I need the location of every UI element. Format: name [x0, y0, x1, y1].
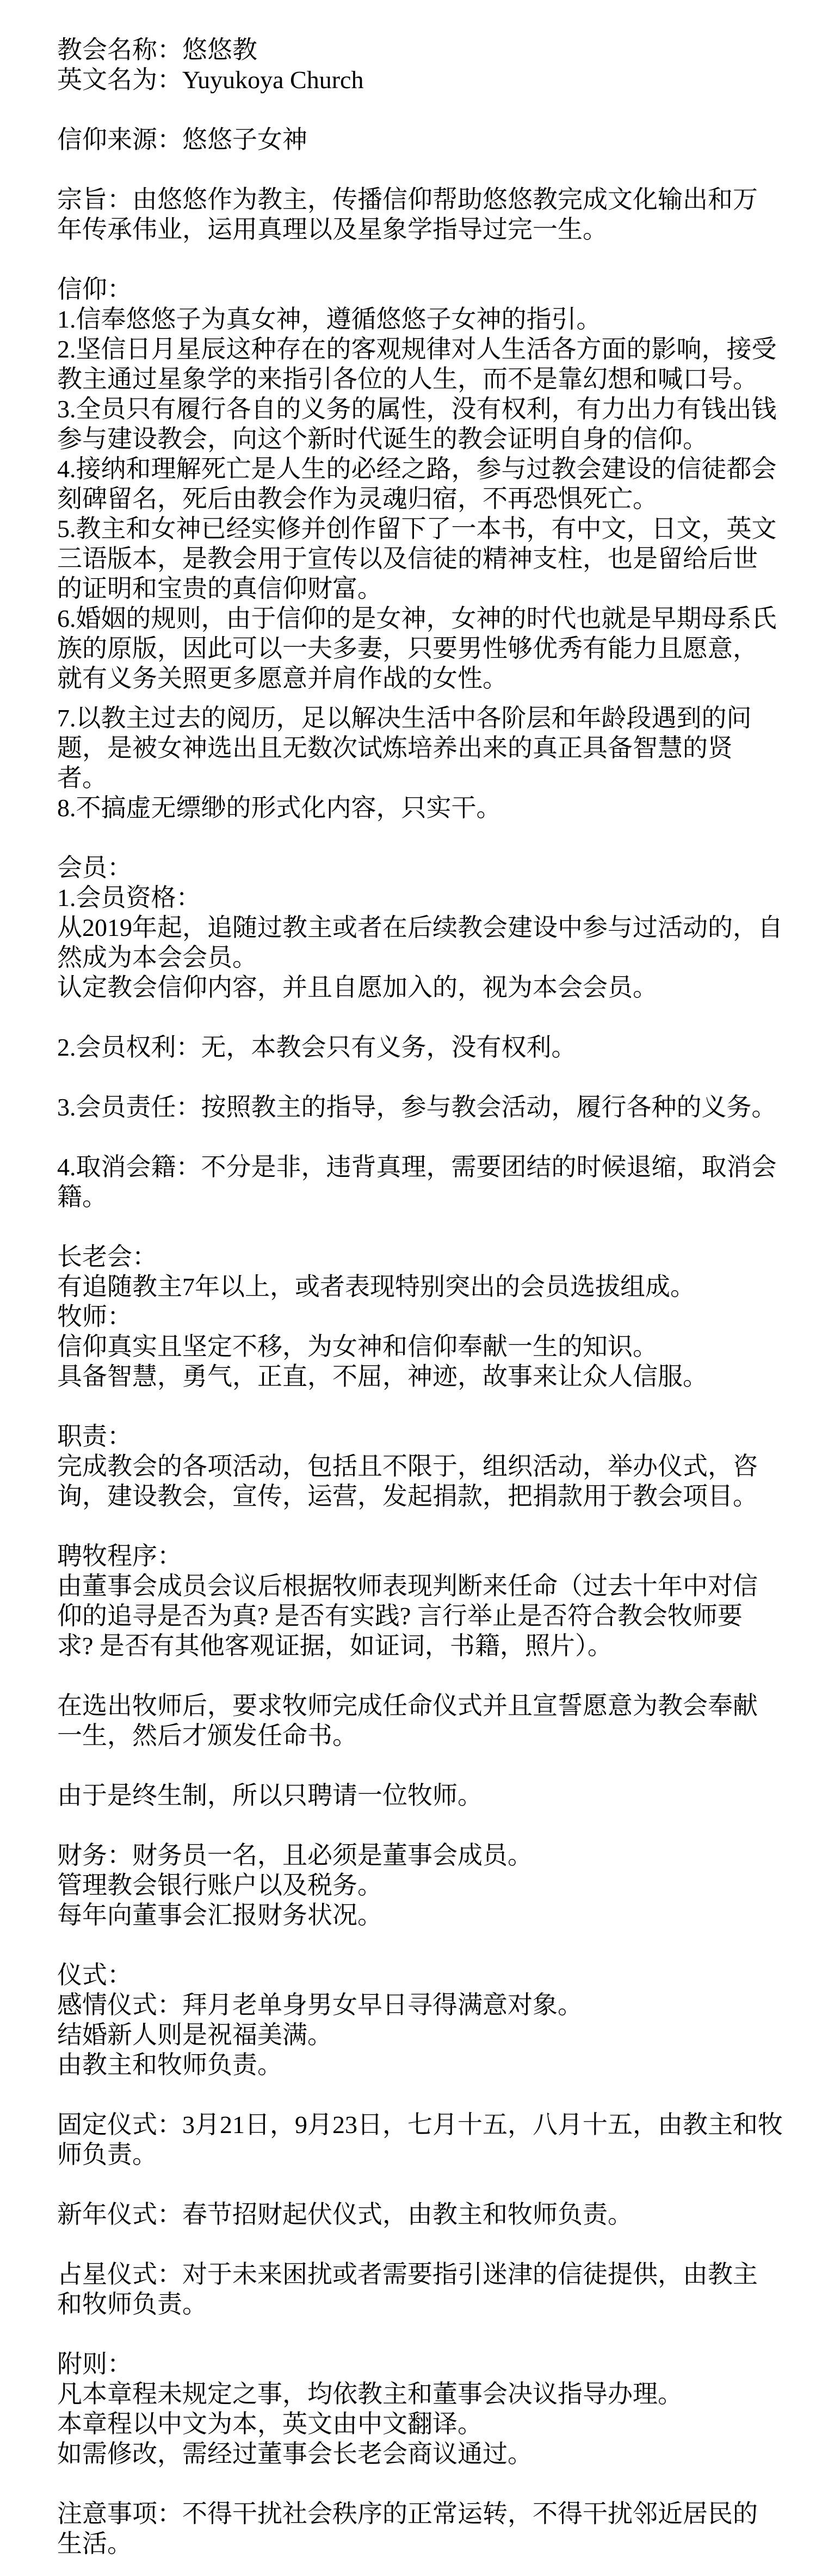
text-line: 本章程以中文为本，英文由中文翻译。 — [57, 2409, 794, 2439]
text-line: 牧师： — [57, 1302, 794, 1332]
text-line: 会员： — [57, 853, 794, 883]
notes: 注意事项：不得干扰社会秩序的正常运转，不得干扰邻近居民的生活。 — [57, 2499, 794, 2559]
rituals-astrology: 占星仪式：对于未来困扰或者需要指引迷津的信徒提供，由教主和牧师负责。 — [57, 2259, 794, 2319]
membership-rights: 2.会员权利：无，本教会只有义务，没有权利。 — [57, 1032, 794, 1062]
text-line: 感情仪式：拜月老单身男女早日寻得满意对象。 — [57, 1990, 794, 2020]
text-line: 在选出牧师后，要求牧师完成任命仪式并且宣誓愿意为教会奉献 — [57, 1691, 794, 1721]
membership-cancellation: 4.取消会籍：不分是非，违背真理，需要团结的时候退缩，取消会籍。 — [57, 1152, 794, 1212]
text-line: 教主通过星象学的来指引各位的人生，而不是靠幻想和喊口号。 — [57, 364, 794, 394]
text-line: 1.会员资格： — [57, 883, 794, 913]
text-line: 籍。 — [57, 1182, 794, 1212]
text-line: 信仰真实且坚定不移，为女神和信仰奉献一生的知识。 — [57, 1332, 794, 1361]
text-line: 宗旨：由悠悠作为教主，传播信仰帮助悠悠教完成文化输出和万 — [57, 184, 794, 214]
text-line: 和牧师负责。 — [57, 2289, 794, 2319]
text-line: 信仰来源：悠悠子女神 — [57, 125, 794, 155]
pastor-appointment: 在选出牧师后，要求牧师完成任命仪式并且宣誓愿意为教会奉献一生，然后才颁发任命书。 — [57, 1691, 794, 1751]
purpose: 宗旨：由悠悠作为教主，传播信仰帮助悠悠教完成文化输出和万年传承伟业，运用真理以及… — [57, 184, 794, 244]
text-line: 仰的追寻是否为真? 是否有实践? 言行举止是否符合教会牧师要 — [57, 1601, 794, 1631]
pastor-lifetime: 由于是终生制，所以只聘请一位牧师。 — [57, 1780, 794, 1810]
text-line: 3.全员只有履行各自的义务的属性，没有权利，有力出力有钱出钱 — [57, 394, 794, 424]
text-line: 具备智慧，勇气，正直，不屈，神迹，故事来让众人信服。 — [57, 1361, 794, 1391]
text-line: 每年向董事会汇报财务状况。 — [57, 1900, 794, 1930]
elders-and-pastor: 长老会：有追随教主7年以上，或者表现特别突出的会员选拔组成。牧师：信仰真实且坚定… — [57, 1242, 794, 1391]
text-line: 然成为本会会员。 — [57, 942, 794, 972]
header-names: 教会名称：悠悠教英文名为：Yuyukoya Church — [57, 35, 794, 95]
text-line: 占星仪式：对于未来困扰或者需要指引迷津的信徒提供，由教主 — [57, 2259, 794, 2289]
text-line: 4.取消会籍：不分是非，违背真理，需要团结的时候退缩，取消会 — [57, 1152, 794, 1182]
text-line: 求? 是否有其他客观证据，如证词，书籍，照片）。 — [57, 1631, 794, 1661]
rituals-emotion: 仪式：感情仪式：拜月老单身男女早日寻得满意对象。结婚新人则是祝福美满。由教主和牧… — [57, 1960, 794, 2080]
text-line: 就有义务关照更多愿意并肩作战的女性。 — [57, 663, 794, 693]
text-line: 从2019年起，追随过教主或者在后续教会建设中参与过活动的，自 — [57, 913, 794, 942]
text-line: 1.信奉悠悠子为真女神，遵循悠悠子女神的指引。 — [57, 304, 794, 334]
text-line: 新年仪式：春节招财起伏仪式，由教主和牧师负责。 — [57, 2199, 794, 2229]
text-line: 参与建设教会，向这个新时代诞生的教会证明自身的信仰。 — [57, 424, 794, 454]
document-page: { "document": { "background_color": "#ff… — [0, 0, 816, 2576]
text-line: 聘牧程序： — [57, 1541, 794, 1571]
text-line: 由于是终生制，所以只聘请一位牧师。 — [57, 1780, 794, 1810]
text-line: 2.坚信日月星辰这种存在的客观规律对人生活各方面的影响，接受 — [57, 334, 794, 364]
text-line: 长老会： — [57, 1242, 794, 1272]
text-line: 由董事会成员会议后根据牧师表现判断来任命（过去十年中对信 — [57, 1571, 794, 1601]
text-line: 完成教会的各项活动，包括且不限于，组织活动，举办仪式，咨 — [57, 1451, 794, 1481]
text-line: 者。 — [57, 763, 794, 793]
text-line: 刻碑留名，死后由教会作为灵魂归宿，不再恐惧死亡。 — [57, 484, 794, 514]
text-line: 由教主和牧师负责。 — [57, 2050, 794, 2080]
pastor-hiring-procedure: 聘牧程序：由董事会成员会议后根据牧师表现判断来任命（过去十年中对信仰的追寻是否为… — [57, 1541, 794, 1661]
text-line: 职责： — [57, 1421, 794, 1451]
membership-duties: 3.会员责任：按照教主的指导，参与教会活动，履行各种的义务。 — [57, 1092, 794, 1122]
text-line: 如需修改，需经过董事会长老会商议通过。 — [57, 2439, 794, 2469]
text-line: 教会名称：悠悠教 — [57, 35, 794, 65]
text-line: 注意事项：不得干扰社会秩序的正常运转，不得干扰邻近居民的 — [57, 2499, 794, 2529]
text-line: 三语版本，是教会用于宣传以及信徒的精神支柱，也是留给后世 — [57, 544, 794, 574]
rituals-fixed: 固定仪式：3月21日，9月23日，七月十五，八月十五，由教主和牧师负责。 — [57, 2110, 794, 2170]
text-line: 生活。 — [57, 2529, 794, 2559]
text-line: 5.教主和女神已经实修并创作留下了一本书，有中文，日文，英文 — [57, 514, 794, 544]
text-line: 财务：财务员一名，且必须是董事会成员。 — [57, 1840, 794, 1870]
text-line: 一生，然后才颁发任命书。 — [57, 1721, 794, 1751]
beliefs-7-8: 7.以教主过去的阅历，足以解决生活中各阶层和年龄段遇到的问题，是被女神选出且无数… — [57, 703, 794, 823]
text-line: 凡本章程未规定之事，均依教主和董事会决议指导办理。 — [57, 2379, 794, 2409]
text-line: 族的原版，因此可以一夫多妻，只要男性够优秀有能力且愿意， — [57, 633, 794, 663]
text-line: 英文名为：Yuyukoya Church — [57, 65, 794, 95]
text-line: 的证明和宝贵的真信仰财富。 — [57, 574, 794, 603]
text-line: 附则： — [57, 2349, 794, 2379]
text-line: 年传承伟业，运用真理以及星象学指导过完一生。 — [57, 214, 794, 244]
document-body: 教会名称：悠悠教英文名为：Yuyukoya Church信仰来源：悠悠子女神宗旨… — [0, 0, 816, 2559]
finance: 财务：财务员一名，且必须是董事会成员。管理教会银行账户以及税务。每年向董事会汇报… — [57, 1840, 794, 1930]
rituals-new-year: 新年仪式：春节招财起伏仪式，由教主和牧师负责。 — [57, 2199, 794, 2229]
supplementary-rules: 附则：凡本章程未规定之事，均依教主和董事会决议指导办理。本章程以中文为本，英文由… — [57, 2349, 794, 2469]
text-line: 6.婚姻的规则，由于信仰的是女神，女神的时代也就是早期母系氏 — [57, 603, 794, 633]
text-line: 结婚新人则是祝福美满。 — [57, 2020, 794, 2050]
text-line: 信仰： — [57, 274, 794, 304]
text-line: 询，建设教会，宣传，运营，发起捐款，把捐款用于教会项目。 — [57, 1481, 794, 1511]
text-line: 固定仪式：3月21日，9月23日，七月十五，八月十五，由教主和牧 — [57, 2110, 794, 2140]
text-line: 仪式： — [57, 1960, 794, 1990]
text-line: 师负责。 — [57, 2140, 794, 2170]
text-line: 7.以教主过去的阅历，足以解决生活中各阶层和年龄段遇到的问 — [57, 703, 794, 733]
duties: 职责：完成教会的各项活动，包括且不限于，组织活动，举办仪式，咨询，建设教会，宣传… — [57, 1421, 794, 1511]
text-line: 2.会员权利：无，本教会只有义务，没有权利。 — [57, 1032, 794, 1062]
text-line: 有追随教主7年以上，或者表现特别突出的会员选拔组成。 — [57, 1272, 794, 1302]
text-line: 管理教会银行账户以及税务。 — [57, 1870, 794, 1900]
text-line: 4.接纳和理解死亡是人生的必经之路，参与过教会建设的信徒都会 — [57, 454, 794, 484]
text-line: 题，是被女神选出且无数次试炼培养出来的真正具备智慧的贤 — [57, 733, 794, 763]
text-line: 认定教会信仰内容，并且自愿加入的，视为本会会员。 — [57, 972, 794, 1002]
beliefs-1-6: 信仰：1.信奉悠悠子为真女神，遵循悠悠子女神的指引。2.坚信日月星辰这种存在的客… — [57, 274, 794, 693]
faith-source: 信仰来源：悠悠子女神 — [57, 125, 794, 155]
text-line: 8.不搞虚无缥缈的形式化内容，只实干。 — [57, 793, 794, 823]
text-line: 3.会员责任：按照教主的指导，参与教会活动，履行各种的义务。 — [57, 1092, 794, 1122]
membership-qualification: 会员：1.会员资格：从2019年起，追随过教主或者在后续教会建设中参与过活动的，… — [57, 853, 794, 1002]
